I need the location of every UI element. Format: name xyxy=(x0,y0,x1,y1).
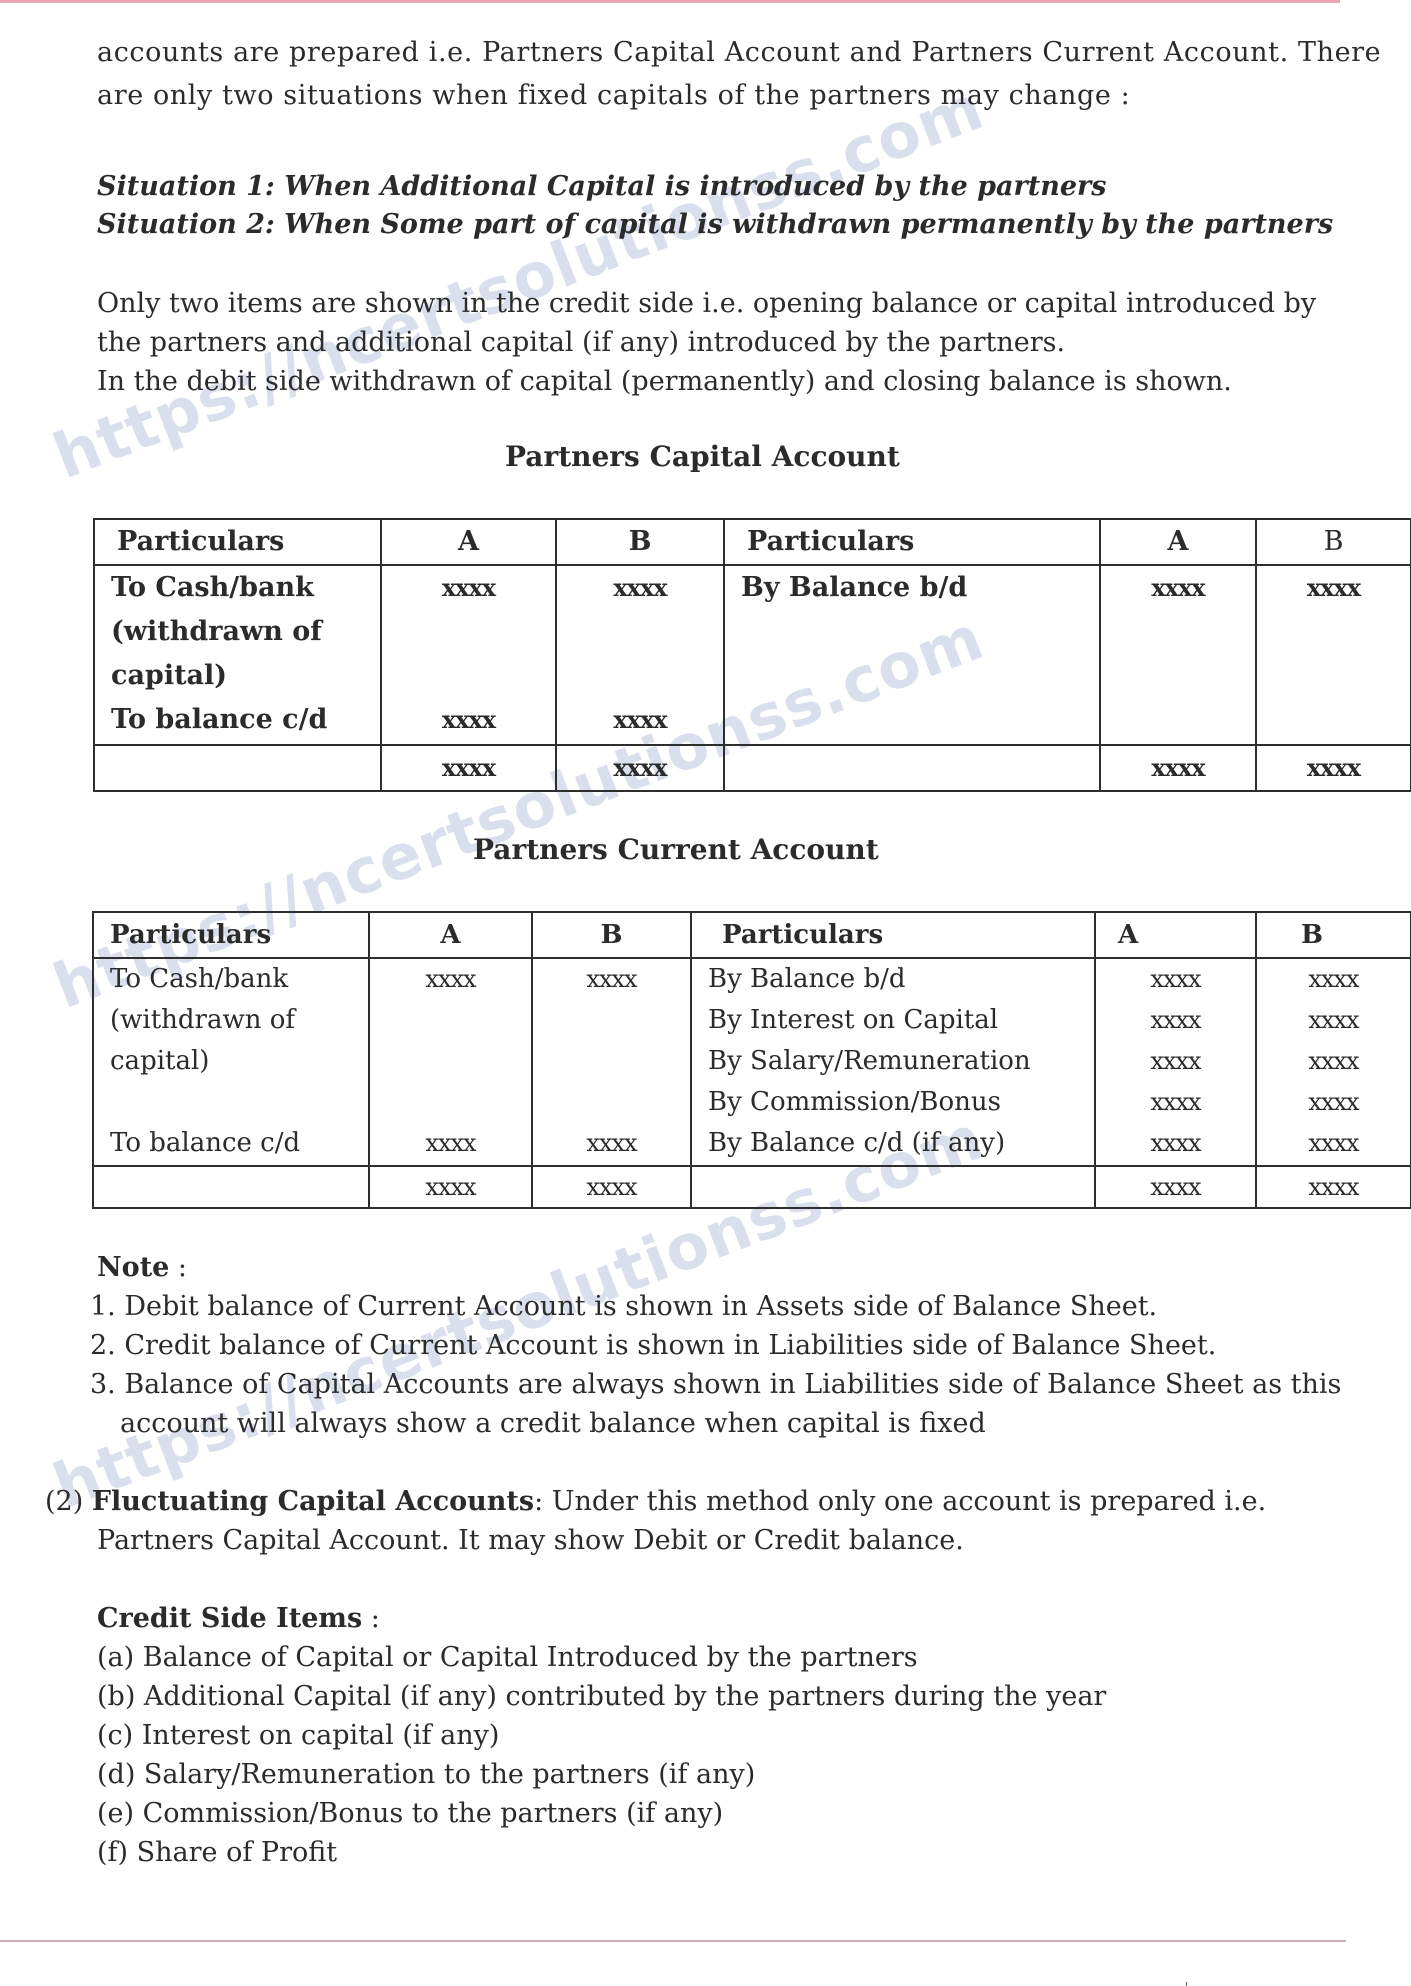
header-particulars-credit: Particulars xyxy=(724,519,1100,565)
header-a-debit: A xyxy=(369,912,532,958)
debit-b: xxxx xxxx xyxy=(556,565,724,745)
amount: xxxx xyxy=(1096,1000,1255,1041)
fluctuating-line-1: (2) Fluctuating Capital Accounts: Under … xyxy=(45,1482,1266,1521)
amount: xxxx xyxy=(370,959,531,1000)
amount: xxxx xyxy=(533,959,690,1000)
header-particulars-debit: Particulars xyxy=(94,519,381,565)
header-b-credit: B xyxy=(1256,912,1411,958)
capital-account-table: Particulars A B Particulars A B To Cash/… xyxy=(93,518,1411,792)
debit-a: xxxx xxxx xyxy=(381,565,556,745)
amount xyxy=(382,654,555,698)
total-debit-a: xxxx xyxy=(381,745,556,791)
note-suffix: : xyxy=(169,1252,187,1283)
amount: xxxx xyxy=(1257,1123,1410,1164)
fluctuating-text: : Under this method only one account is … xyxy=(534,1486,1266,1517)
credit-a: xxxx xyxy=(1100,565,1256,745)
current-account-table: Particulars A B Particulars A B To Cash/… xyxy=(92,911,1411,1209)
credit-side-heading: Credit Side Items : xyxy=(97,1599,380,1638)
amount: xxxx xyxy=(1096,1082,1255,1123)
total-label-credit xyxy=(691,1166,1095,1208)
total-label-debit xyxy=(94,745,381,791)
debit-a: xxxx xxxx xyxy=(369,958,532,1166)
fluctuating-line-2: Partners Capital Account. It may show De… xyxy=(97,1521,964,1560)
amount xyxy=(557,654,723,698)
current-account-title: Partners Current Account xyxy=(473,833,879,866)
credit-side-suffix: : xyxy=(362,1603,380,1634)
amount: xxxx xyxy=(1096,1123,1255,1164)
amount xyxy=(533,1082,690,1123)
amount: xxxx xyxy=(557,566,723,610)
particular: To Cash/bank xyxy=(111,566,380,610)
amount xyxy=(370,1041,531,1082)
amount xyxy=(557,610,723,654)
header-particulars-debit: Particulars xyxy=(93,912,369,958)
amount xyxy=(370,1082,531,1123)
particular: By Commission/Bonus xyxy=(708,1082,1094,1123)
amount: xxxx xyxy=(1257,566,1410,610)
amount: xxxx xyxy=(1096,959,1255,1000)
note-item-continuation: account will always show a credit balanc… xyxy=(120,1404,986,1443)
note-item: 3. Balance of Capital Accounts are alway… xyxy=(90,1365,1341,1404)
amount xyxy=(382,610,555,654)
situation-1: Situation 1: When Additional Capital is … xyxy=(97,167,1106,206)
credit-b: xxxx xyxy=(1256,565,1411,745)
amount: xxxx xyxy=(382,698,555,742)
section-number: (2) xyxy=(45,1486,83,1517)
bottom-rule xyxy=(0,1940,1346,1942)
note-heading: Note : xyxy=(97,1248,187,1287)
explanation-line: In the debit side withdrawn of capital (… xyxy=(97,362,1232,401)
particular: By Salary/Remuneration xyxy=(708,1041,1094,1082)
amount: xxxx xyxy=(533,1123,690,1164)
particular: By Balance c/d (if any) xyxy=(708,1123,1094,1164)
explanation-line: the partners and additional capital (if … xyxy=(97,323,1065,362)
credit-side-label: Credit Side Items xyxy=(97,1603,362,1634)
explanation-line: Only two items are shown in the credit s… xyxy=(97,284,1316,323)
amount xyxy=(370,1000,531,1041)
credit-b: xxxx xxxx xxxx xxxx xxxx xyxy=(1256,958,1411,1166)
amount: xxxx xyxy=(1257,1000,1410,1041)
situation-2: Situation 2: When Some part of capital i… xyxy=(97,205,1333,244)
total-debit-a: xxxx xyxy=(369,1166,532,1208)
credit-side-item: (a) Balance of Capital or Capital Introd… xyxy=(97,1638,918,1677)
total-debit-b: xxxx xyxy=(532,1166,691,1208)
amount: xxxx xyxy=(1101,566,1255,610)
total-credit-a: xxxx xyxy=(1095,1166,1256,1208)
particular: To Cash/bank xyxy=(110,959,368,1000)
header-b-debit: B xyxy=(532,912,691,958)
particular: capital) xyxy=(110,1041,368,1082)
total-credit-a: xxxx xyxy=(1100,745,1256,791)
particular: (withdrawn of xyxy=(110,1000,368,1041)
credit-particulars: By Balance b/d xyxy=(724,565,1100,745)
total-debit-b: xxxx xyxy=(556,745,724,791)
intro-line: are only two situations when fixed capit… xyxy=(97,76,1130,115)
amount: xxxx xyxy=(557,698,723,742)
table-header-row: Particulars A B Particulars A B xyxy=(93,912,1411,958)
capital-account-title: Partners Capital Account xyxy=(505,440,900,473)
header-a-credit: A xyxy=(1095,912,1256,958)
particular: By Interest on Capital xyxy=(708,1000,1094,1041)
credit-side-item: (c) Interest on capital (if any) xyxy=(97,1716,499,1755)
top-rule xyxy=(0,0,1340,3)
particular: capital) xyxy=(111,654,380,698)
amount xyxy=(533,1041,690,1082)
total-credit-b: xxxx xyxy=(1256,745,1411,791)
amount xyxy=(533,1000,690,1041)
particular: By Balance b/d xyxy=(708,959,1094,1000)
credit-side-item: (e) Commission/Bonus to the partners (if… xyxy=(97,1794,723,1833)
total-label-debit xyxy=(93,1166,369,1208)
particular: To balance c/d xyxy=(110,1123,368,1164)
credit-particulars: By Balance b/d By Interest on Capital By… xyxy=(691,958,1095,1166)
amount: xxxx xyxy=(382,566,555,610)
debit-particulars: To Cash/bank (withdrawn of capital) To b… xyxy=(93,958,369,1166)
credit-side-item: (b) Additional Capital (if any) contribu… xyxy=(97,1677,1106,1716)
note-item: 2. Credit balance of Current Account is … xyxy=(90,1326,1216,1365)
watermark: https://ncertsolutionss.com xyxy=(44,71,993,493)
particular: By Balance b/d xyxy=(741,566,1099,610)
amount: xxxx xyxy=(1096,1041,1255,1082)
note-item: 1. Debit balance of Current Account is s… xyxy=(90,1287,1157,1326)
header-a-credit: A xyxy=(1100,519,1256,565)
amount: xxxx xyxy=(370,1123,531,1164)
total-credit-b: xxxx xyxy=(1256,1166,1411,1208)
credit-side-item: (f) Share of Profit xyxy=(97,1833,337,1872)
note-label: Note xyxy=(97,1252,169,1283)
amount: xxxx xyxy=(1257,959,1410,1000)
totals-row: xxxx xxxx xxxx xxxx xyxy=(94,745,1411,791)
fluctuating-heading: Fluctuating Capital Accounts xyxy=(92,1486,534,1517)
header-b-credit: B xyxy=(1256,519,1411,565)
table-header-row: Particulars A B Particulars A B xyxy=(94,519,1411,565)
credit-side-item: (d) Salary/Remuneration to the partners … xyxy=(97,1755,755,1794)
total-label-credit xyxy=(724,745,1100,791)
particular: (withdrawn of xyxy=(111,610,380,654)
particular: To balance c/d xyxy=(111,698,380,742)
credit-a: xxxx xxxx xxxx xxxx xxxx xyxy=(1095,958,1256,1166)
totals-row: xxxx xxxx xxxx xxxx xyxy=(93,1166,1411,1208)
page-mark xyxy=(1186,1982,1187,1986)
table-row: To Cash/bank (withdrawn of capital) To b… xyxy=(94,565,1411,745)
header-particulars-credit: Particulars xyxy=(691,912,1095,958)
amount: xxxx xyxy=(1257,1041,1410,1082)
table-row: To Cash/bank (withdrawn of capital) To b… xyxy=(93,958,1411,1166)
debit-particulars: To Cash/bank (withdrawn of capital) To b… xyxy=(94,565,381,745)
header-b-debit: B xyxy=(556,519,724,565)
amount: xxxx xyxy=(1257,1082,1410,1123)
intro-line: accounts are prepared i.e. Partners Capi… xyxy=(97,33,1381,72)
header-a-debit: A xyxy=(381,519,556,565)
particular xyxy=(110,1082,368,1123)
debit-b: xxxx xxxx xyxy=(532,958,691,1166)
